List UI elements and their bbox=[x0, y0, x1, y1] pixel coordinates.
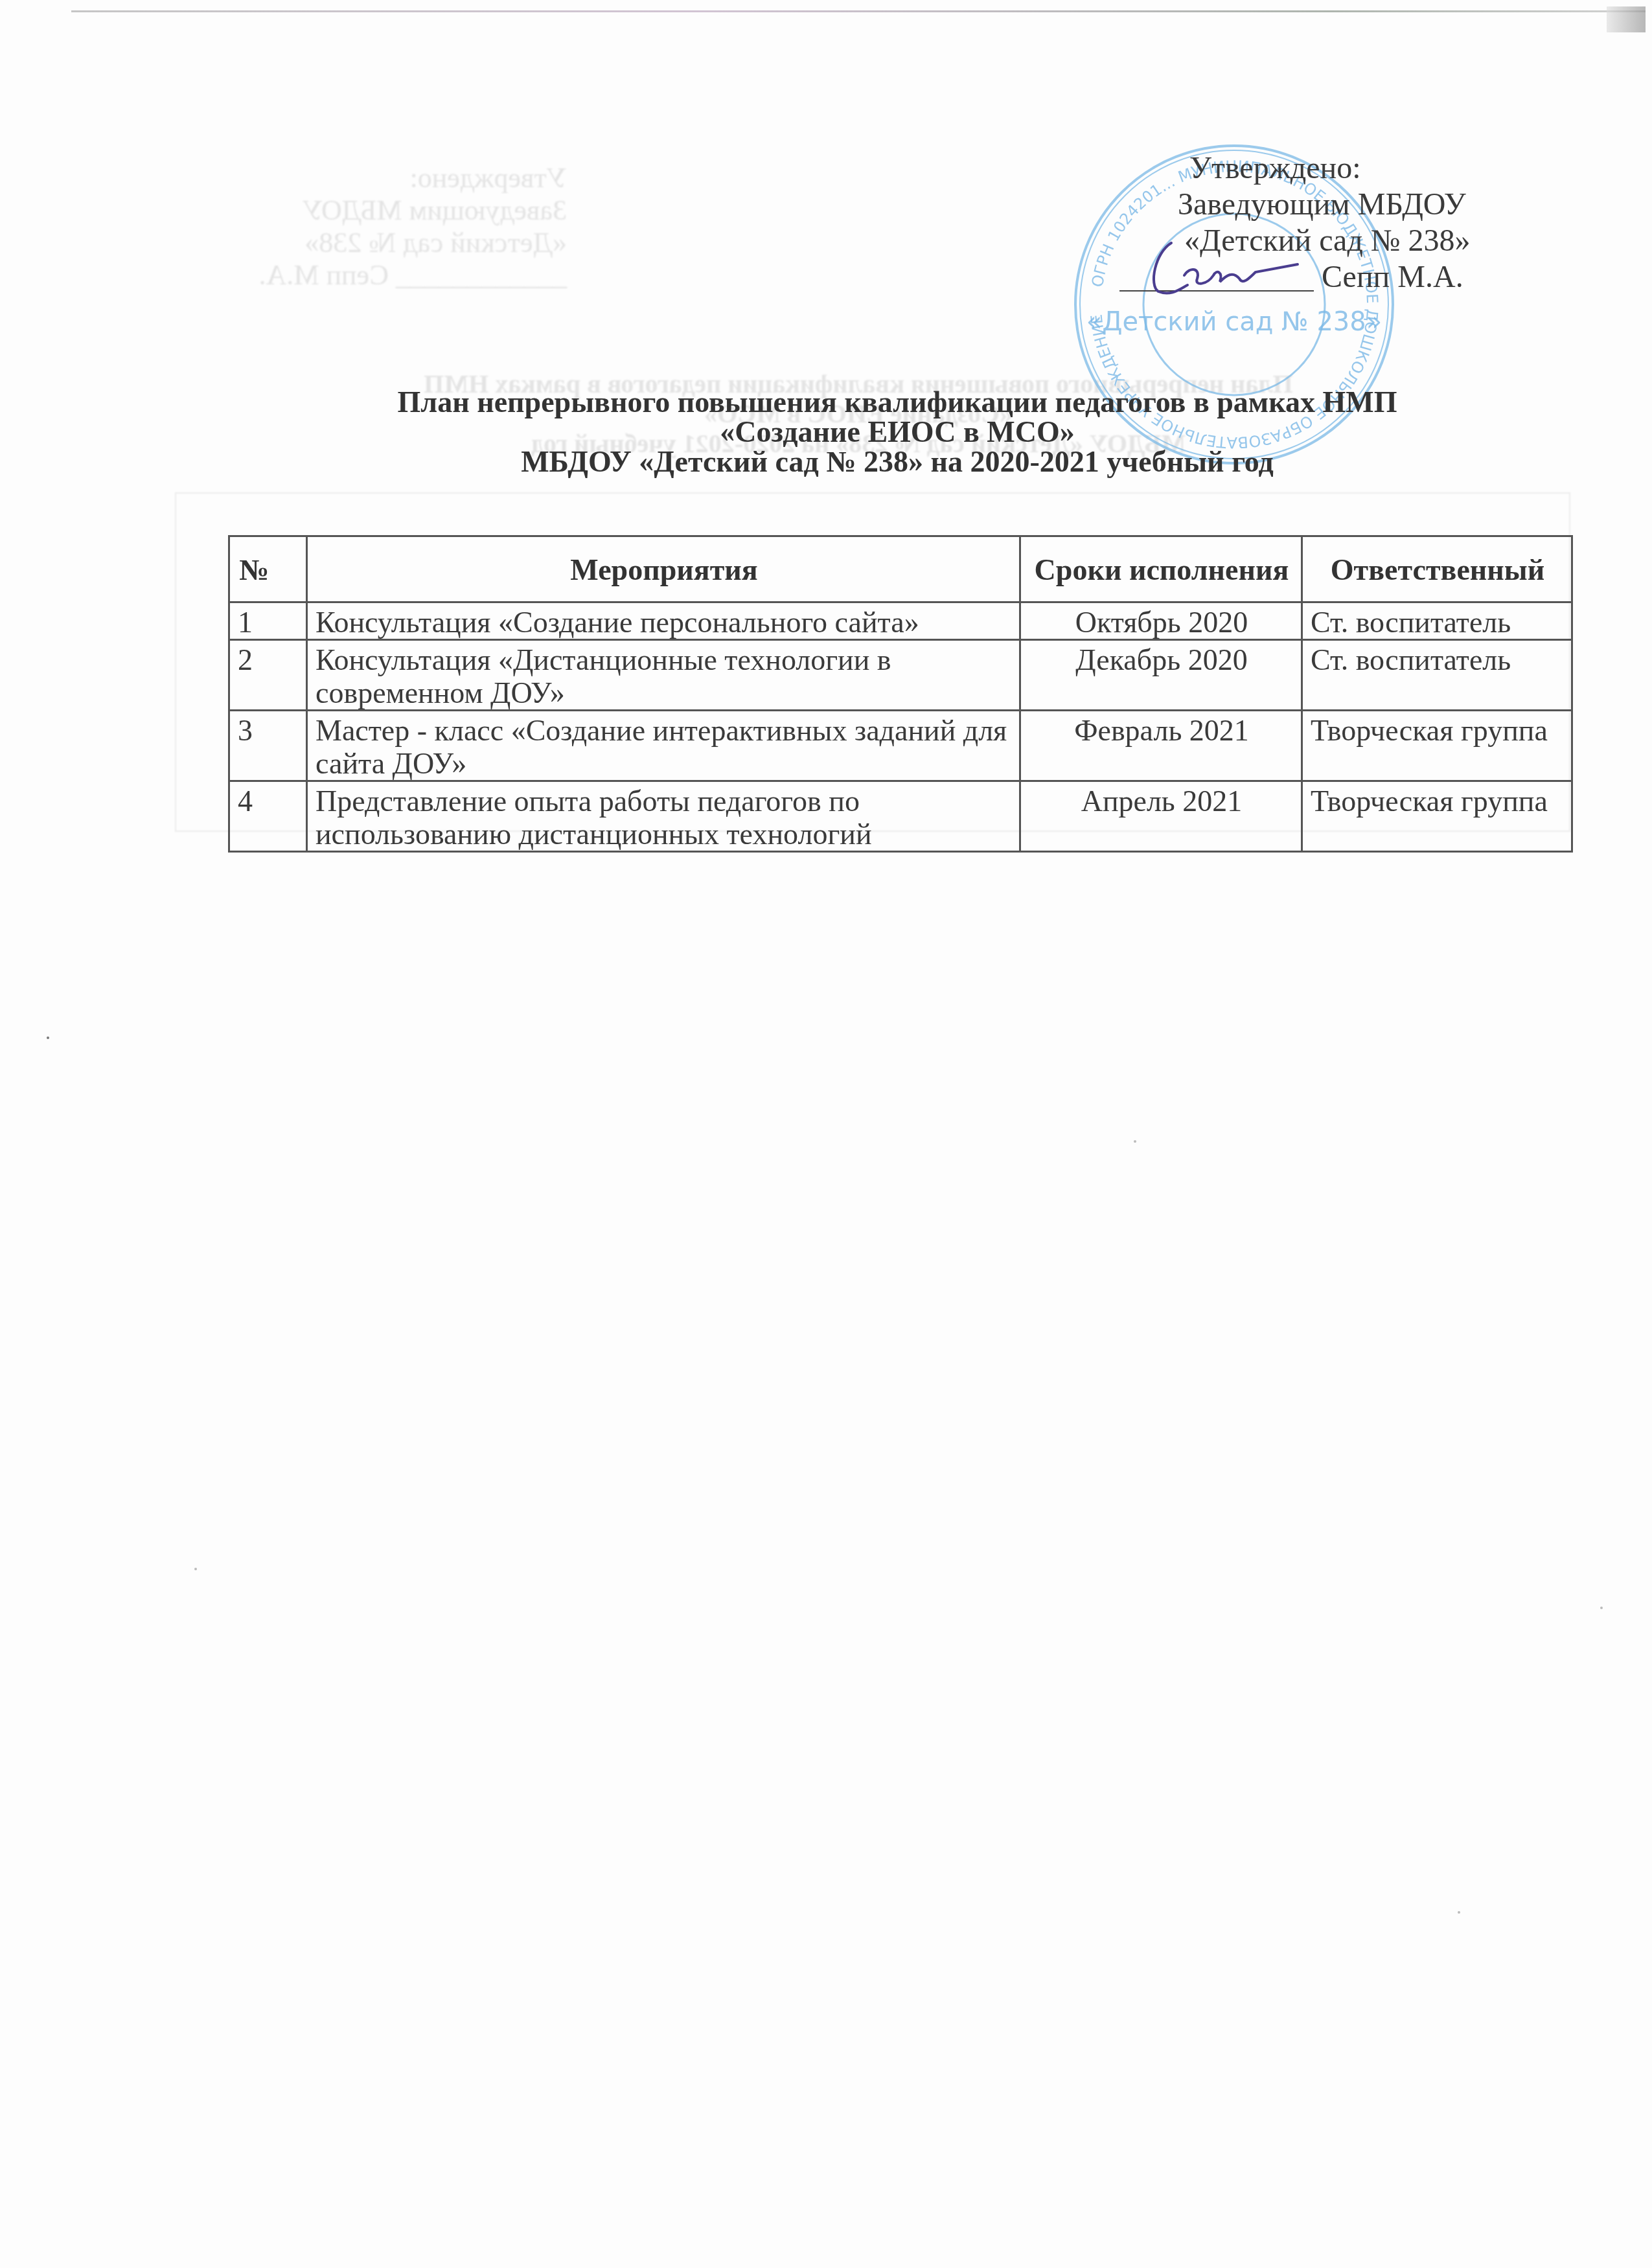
row-number: 4 bbox=[229, 781, 307, 852]
scan-speck bbox=[1134, 1140, 1136, 1143]
signature-row: Сепп М.А. bbox=[1178, 259, 1515, 295]
row-responsible: Ст. воспитатель bbox=[1302, 640, 1572, 711]
row-deadline: Февраль 2021 bbox=[1020, 711, 1302, 781]
header-events: Мероприятия bbox=[307, 536, 1020, 602]
table-row: 2 Консультация «Дистанционные технологии… bbox=[229, 640, 1572, 711]
scan-speck bbox=[47, 1037, 49, 1039]
approval-position: Заведующим МБДОУ bbox=[1178, 187, 1515, 223]
header-number: № bbox=[229, 536, 307, 602]
row-event: Консультация «Создание персонального сай… bbox=[307, 602, 1020, 640]
seal-center-text: «Детский сад № 238» bbox=[1086, 307, 1382, 337]
row-responsible: Ст. воспитатель bbox=[1302, 602, 1572, 640]
table-row: 4 Представление опыта работы педагогов п… bbox=[229, 781, 1572, 852]
row-responsible: Творческая группа bbox=[1302, 711, 1572, 781]
table-row: 3 Мастер - класс «Создание интерактивных… bbox=[229, 711, 1572, 781]
row-deadline: Октябрь 2020 bbox=[1020, 602, 1302, 640]
header-deadline: Сроки исполнения bbox=[1020, 536, 1302, 602]
row-event: Представление опыта работы педагогов по … bbox=[307, 781, 1020, 852]
document-title: План непрерывного повышения квалификации… bbox=[233, 387, 1561, 477]
title-line-1: План непрерывного повышения квалификации… bbox=[233, 387, 1561, 417]
bleed-through-approval: Утверждено: Заведующим МБДОУ «Детский са… bbox=[256, 162, 567, 292]
table-header-row: № Мероприятия Сроки исполнения Ответстве… bbox=[229, 536, 1572, 602]
scan-corner-shadow bbox=[1607, 6, 1646, 32]
row-number: 2 bbox=[229, 640, 307, 711]
row-deadline: Апрель 2021 bbox=[1020, 781, 1302, 852]
scan-edge-line bbox=[71, 10, 1646, 12]
approval-block: Утверждено: Заведующим МБДОУ «Детский са… bbox=[1178, 150, 1515, 295]
row-event: Консультация «Дистанционные технологии в… bbox=[307, 640, 1020, 711]
approval-label: Утверждено: bbox=[1178, 150, 1515, 187]
plan-table: № Мероприятия Сроки исполнения Ответстве… bbox=[228, 535, 1573, 853]
scan-speck bbox=[1600, 1607, 1603, 1609]
row-responsible: Творческая группа bbox=[1302, 781, 1572, 852]
table-row: 1 Консультация «Создание персонального с… bbox=[229, 602, 1572, 640]
handwritten-signature bbox=[1136, 240, 1304, 298]
title-line-3: МБДОУ «Детский сад № 238» на 2020-2021 у… bbox=[233, 447, 1561, 477]
row-number: 1 bbox=[229, 602, 307, 640]
row-number: 3 bbox=[229, 711, 307, 781]
row-event: Мастер - класс «Создание интерактивных з… bbox=[307, 711, 1020, 781]
header-responsible: Ответственный bbox=[1302, 536, 1572, 602]
scan-speck bbox=[194, 1568, 197, 1570]
row-deadline: Декабрь 2020 bbox=[1020, 640, 1302, 711]
scan-speck bbox=[1458, 1911, 1460, 1914]
title-line-2: «Создание ЕИОС в МСО» bbox=[233, 417, 1561, 447]
signatory-name: Сепп М.А. bbox=[1322, 259, 1463, 295]
